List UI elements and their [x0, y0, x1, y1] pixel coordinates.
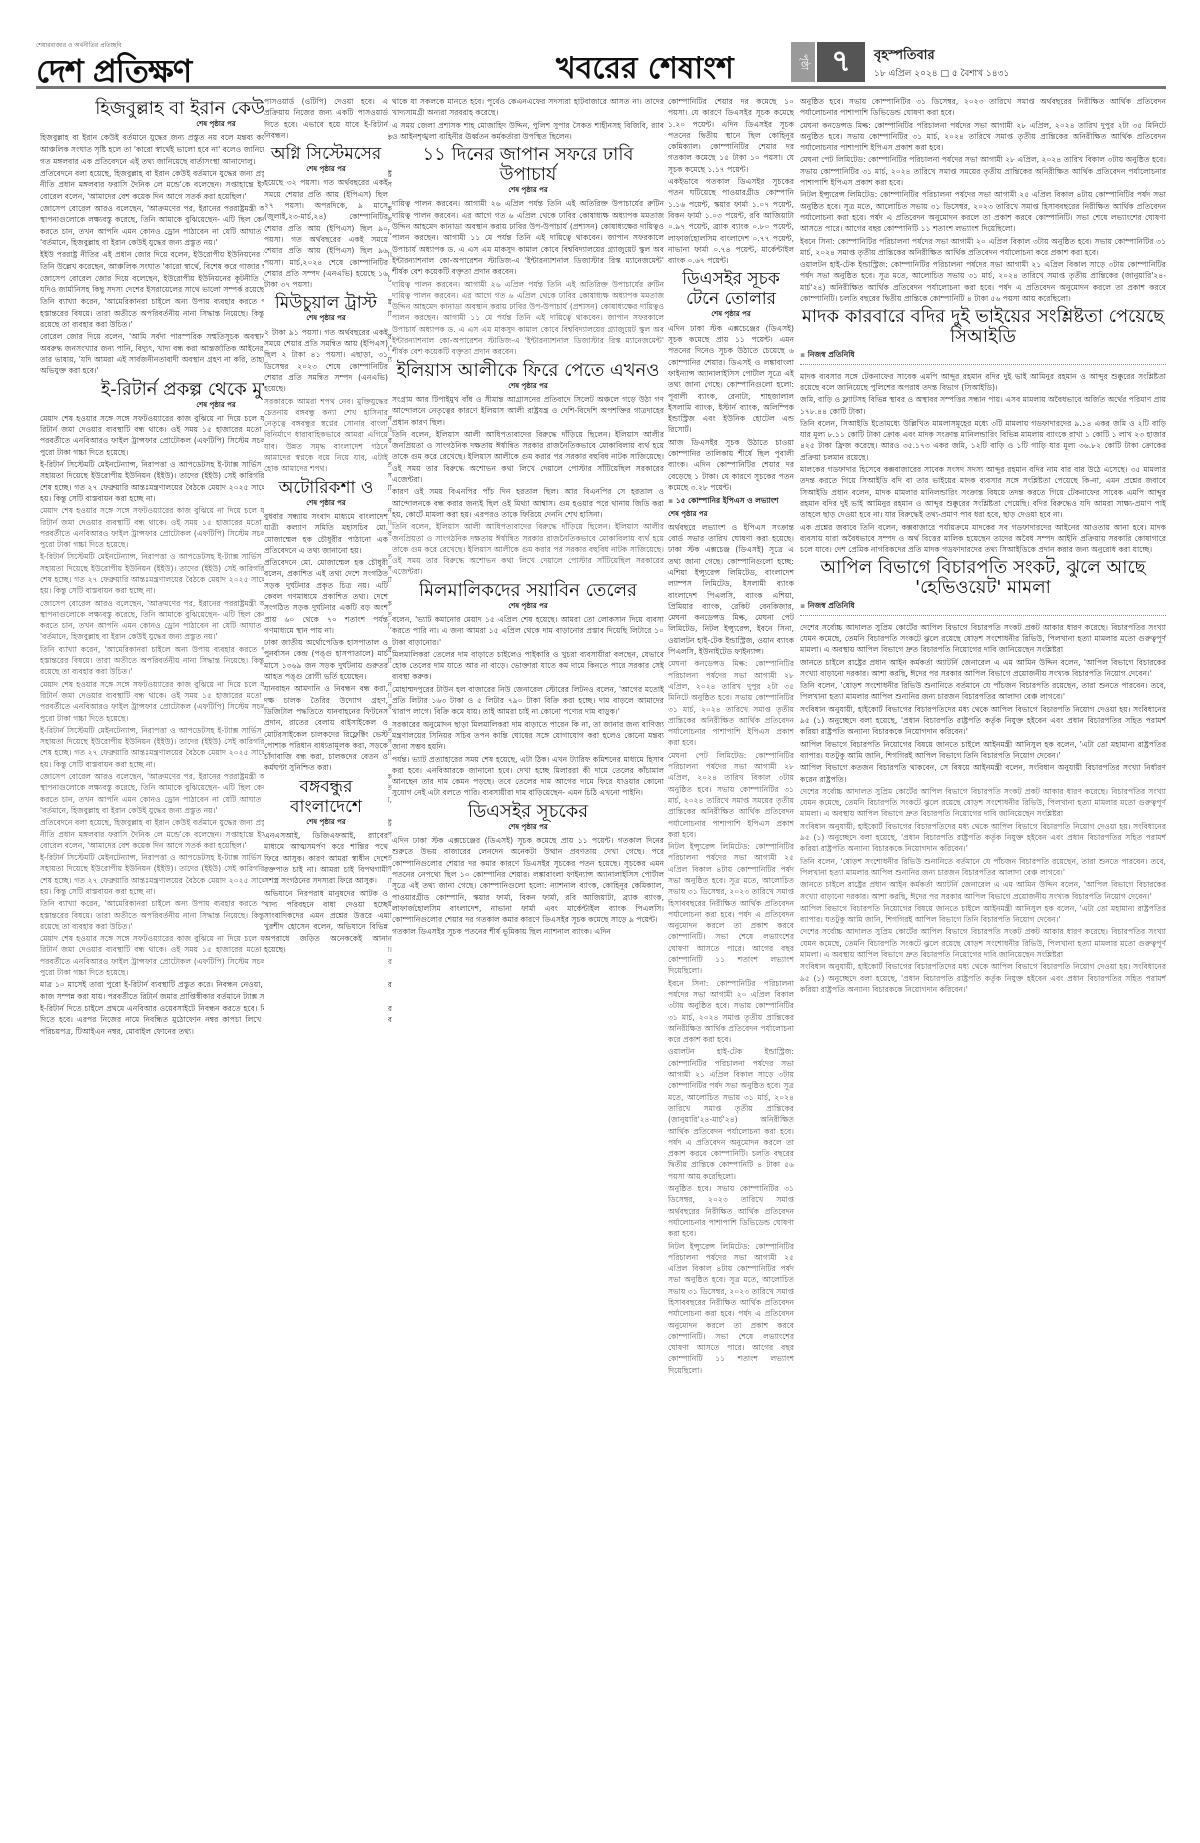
article-japan-vc: থাকে যা সকলকে মানতে হবে। পূর্বেও কেএনএফে… [392, 96, 664, 358]
paragraph: সরকারকে আমরা শপথ নেব। মুক্তিযুদ্ধের চেতন… [264, 396, 388, 475]
paragraph: দায়িত্ব পালন করবেন। আগামী ২৬ এপ্রিল পর্… [392, 279, 664, 358]
paragraph: জানতে চাইলে রাষ্ট্রের প্রধান আইন কর্মকর্… [800, 657, 1166, 680]
column-5: অনুষ্ঠিত হবে। সভায় কোম্পানিটির ৩১ ডিসেম… [800, 96, 1166, 1836]
paragraph: পাসওয়ার্ড (ওটিপি) দেওয়া হবে। এ প্রক্রি… [264, 96, 388, 141]
paragraph: এদিন ঢাকা স্টক এক্সচেঞ্জের (ডিএসই) সূচক … [668, 323, 794, 436]
paragraph: থাকে যা সকলকে মানতে হবে। পূর্বেও কেএনএফে… [392, 96, 664, 119]
article-badi-brothers: মাদক কারবারে বদির দুই ভাইয়ের সংশ্লিষ্টত… [800, 307, 1166, 555]
paragraph: সংবিধান অনুযায়ী, হাইকোর্ট বিভাগের বিচার… [800, 961, 1166, 995]
article-mill-owners: মিলমালিকদের সয়াবিন তেলের শেষ পৃষ্ঠার পর… [392, 581, 664, 799]
paragraph: সরকারের অনুমোদন ছাড়া মিলমালিকরা দাম বাড… [392, 719, 664, 753]
paragraph: ইবনে সিনা: কোম্পানিটির পরিচালনা পর্ষদের … [668, 978, 794, 1046]
continued-label: শেষ পৃষ্ঠার পর [668, 309, 794, 320]
article-15-companies: ১৫ কোম্পানির ইপিএস ও লভ্যাংশ শেষ পৃষ্ঠার… [668, 495, 794, 1376]
paragraph: মেঘনা পেট লিমিটেড: কোম্পানিটির পরিচালনা … [668, 750, 794, 840]
headline: অটোরিকশা ও [264, 478, 388, 498]
continued-label: শেষ পৃষ্ঠার পর [392, 601, 664, 612]
paragraph: বলেন, 'ভ্যাট কমানোর মেয়াদ ১৫ এপ্রিল শেষ… [392, 614, 664, 648]
column-3: থাকে যা সকলকে মানতে হবে। পূর্বেও কেএনএফে… [392, 96, 664, 1836]
paragraph: মেঘনা কনডেন্সড মিল্ক: কোম্পানিটির পরিচাল… [668, 658, 794, 748]
headline: অগ্নি সিস্টেমসের [264, 144, 388, 164]
column-2: পাসওয়ার্ড (ওটিপি) দেওয়া হবে। এ প্রক্রি… [264, 96, 388, 1836]
paragraph: সংগ্রাম আর টিপাইমুখ বাঁধ ও সীমান্ত আগ্রা… [392, 394, 664, 428]
continued-label: শেষ পৃষ্ঠার পর [392, 381, 664, 392]
paragraph: নিটল ইন্স্যুরেন্স লিমিটেড: কোম্পানিটির প… [668, 1241, 794, 1377]
paragraph: দেশের সর্বোচ্চ আদালত সুপ্রিম কোর্টের আপি… [800, 926, 1166, 960]
paragraph: প্রতিবেদনে মো. মোজাম্মেল হক চৌধুরী বলেন,… [264, 557, 388, 636]
paragraph: মালকের গডফাদার হিসেবে কক্সবাজারের সাবেক … [800, 464, 1166, 520]
paragraph: মেঘনা পেট লিমিটেড: কোম্পানিটির পরিচালনা … [800, 154, 1166, 188]
article-board-meetings: অনুষ্ঠিত হবে। সভায় কোম্পানিটির ৩১ ডিসেম… [800, 96, 1166, 304]
headline: ডিএসইর সূচকের [392, 802, 664, 822]
continued-label: শেষ পৃষ্ঠার পর [668, 509, 794, 520]
paragraph: গতকাল ডিএসইর সূচক পতনের শীর্ষ ভূমিকায় ছ… [392, 926, 664, 937]
headline: মিউচুয়াল ট্রাস্ট [264, 293, 388, 313]
paragraph: বুধবার সন্ধ্যায় সংবাদ মাধ্যমে বাংলাদেশ … [264, 511, 388, 556]
page-number: ৭ [817, 42, 865, 82]
paragraph: সংবিধান অনুযায়ী, হাইকোর্ট বিভাগের বিচার… [800, 821, 1166, 855]
article-ilias-ali: ইলিয়াস আলীকে ফিরে পেতে এখনও শেষ পৃষ্ঠার… [392, 361, 664, 578]
paragraph: আপিল বিভাগে বিচারপতি নিয়োগের বিষয়ে জান… [800, 903, 1166, 926]
paragraph: মাদক ব্যবসার সঙ্গে টেকনাফের সাবেক এমপি আ… [800, 371, 1166, 394]
paragraph: ইবনে সিনা: কোম্পানিটির পরিচালনা পর্ষদের … [800, 236, 1166, 259]
day-name: বৃহস্পতিবার [874, 46, 935, 67]
paragraph: আপিল বিভাগে বিচারপতি নিয়োগের বিষয়ে জান… [800, 739, 1166, 762]
page-label: পৃষ্ঠা [791, 42, 815, 82]
paragraph: জানতে চাইলে রাষ্ট্রের প্রধান আইন কর্মকর্… [800, 879, 1166, 902]
paragraph: এ সময় জেলা প্রশাসক শাহ মোজাহিদ উদ্দিন, … [392, 120, 664, 143]
paragraph: কোম্পানিটির শেয়ার দর কমেছে ১০ পয়সা। যে… [668, 96, 794, 175]
dotted-divider [800, 615, 1166, 616]
paragraph: ঢাকা জাতীয় অর্থোপেডিক হাসপাতাল ও পুনর্ব… [264, 637, 388, 682]
subheadline: ১৫ কোম্পানির ইপিএস ও লভ্যাংশ [668, 495, 794, 506]
paragraph: এনএসআই, ডিজিএফআই, র‍্যাবের মাধ্যমে আত্মস… [264, 830, 388, 886]
paragraph: মিলমালিকরা তেলের দাম বাড়াতে চাইলেও পাইক… [392, 649, 664, 683]
paragraph: অভিযানে নিরপরাধ মানুষদের আটক ও খাদ্য পরি… [264, 888, 388, 956]
article-mutual-trust: মিউচুয়াল ট্রাস্ট শেষ পৃষ্ঠার পর ২ টাকা … [264, 293, 388, 474]
headline: ডিএসইর সূচক টেনে তোলার [668, 269, 794, 309]
paragraph: যানবাহন আমদানি ও নিবন্ধন বন্ধ করা, দক্ষ … [264, 683, 388, 773]
paragraph: দেশের সর্বোচ্চ আদালত সুপ্রিম কোর্টের আপি… [800, 786, 1166, 820]
paragraph: দায়িত্ব পালন করবেন। আগামী ২৬ এপ্রিল পর্… [392, 198, 664, 277]
paragraph: তিনি বলেন, ইলিয়াস আলী আধিপত্যবাদের বিরু… [392, 429, 664, 485]
paragraph: তিনি বলেন, 'ষোড়শ সংশোধনীর রিভিউ শুনানিত… [800, 680, 1166, 703]
column-4: কোম্পানিটির শেয়ার দর কমেছে ১০ পয়সা। যে… [668, 96, 794, 1836]
continued-label: শেষ পৃষ্ঠার পর [392, 185, 664, 196]
headline: ইলিয়াস আলীকে ফিরে পেতে এখনও [392, 361, 664, 381]
article-dse-index: ডিএসইর সূচকের শেষ পৃষ্ঠার পর এদিন ঢাকা স… [392, 802, 664, 938]
paragraph: অর্থবছরে লভ্যাংশ ও ইপিএস সংক্রান্ত বোর্ড… [668, 522, 794, 658]
paragraph: সংবিধান অনুযায়ী, হাইকোর্ট বিভাগের বিচার… [800, 704, 1166, 738]
paragraph: কারণ ওই সময় বিএনপির পাঁচ দিন হরতাল ছিল।… [392, 486, 664, 520]
paragraph: তিনি বলেন, সিআইডি ইতোমধ্যে উল্লিখিত মামল… [800, 418, 1166, 463]
headline: ১১ দিনের জাপান সফরে ঢাবি উপাচার্য [392, 145, 664, 185]
article-bangabandhu: বঙ্গবন্ধুর বাংলাদেশে শেষ পৃষ্ঠার পর এনএস… [264, 777, 388, 956]
paragraph: পর্যন্ত। ভ্যাট প্রত্যাহারের সময় শেষ হয়… [392, 754, 664, 799]
paragraph: ওয়ালটন হাই-টেক ইন্ডাস্ট্রিজ: কোম্পানিটি… [668, 1046, 794, 1182]
continued-label: শেষ পৃষ্ঠার পর [392, 822, 664, 833]
paragraph: দেশের সর্বোচ্চ আদালত সুপ্রিম কোর্টের আপি… [800, 622, 1166, 656]
date-line: ১৮ এপ্রিল ২০২৪ □ ৫ বৈশাখ ১৪৩১ [874, 66, 1009, 81]
byline: নিজস্ব প্রতিনিধি [800, 349, 1166, 360]
paragraph: আজ ডিএসইর সূচক উঠাতে চাওয়া কোম্পানির তা… [668, 437, 794, 493]
article-appellate-division: আপিল বিভাগে বিচারপতি সংকট, ঝুলে আছে 'হেভ… [800, 558, 1166, 995]
headline: বঙ্গবন্ধুর বাংলাদেশে [264, 777, 388, 817]
paragraph: তিনি বলেন, ইলিয়াস আলী আধিপত্যবাদের বিরু… [392, 521, 664, 577]
article-autorickshaw: অটোরিকশা ও শেষ পৃষ্ঠার পর বুধবার সন্ধ্যা… [264, 478, 388, 774]
paragraph: একইভাবে গতকাল ডিএসইর সূচকের পতন ঘটিয়েছে… [668, 176, 794, 266]
continued-label: শেষ পৃষ্ঠার পর [264, 164, 388, 175]
paragraph: নিটল ইন্স্যুরেন্স লিমিটেড: কোম্পানিটির প… [668, 841, 794, 977]
article-agni-systems: পাসওয়ার্ড (ওটিপি) দেওয়া হবে। এ প্রক্রি… [264, 96, 388, 290]
paragraph: ২ টাকা ৯১ পয়সা। গত অর্থবছরের একই সময়ে … [264, 327, 388, 395]
byline: নিজস্ব প্রতিনিধি [800, 600, 1166, 611]
continued-label: শেষ পৃষ্ঠার পর [264, 313, 388, 324]
paragraph: মেঘনা কনডেন্সড মিল্ক: কোম্পানিটির পরিচাল… [800, 120, 1166, 154]
paragraph: অনুষ্ঠিত হবে। সভায় কোম্পানিটির ৩১ ডিসেম… [668, 1183, 794, 1239]
continued-label: শেষ পৃষ্ঠার পর [264, 498, 388, 509]
paragraph: অনুষ্ঠিত হবে। সভায় কোম্পানিটির ৩১ ডিসেম… [800, 96, 1166, 119]
paragraph: জমি, বাড়ি ও ফ্ল্যাটসহ বিভিন্ন স্থাবর ও … [800, 394, 1166, 417]
paragraph: হয়েছে ৩২ পয়সা। গত অর্থবছরের একই সময়ে … [264, 177, 388, 290]
dotted-divider [800, 364, 1166, 365]
headline: মাদক কারবারে বদির দুই ভাইয়ের সংশ্লিষ্টত… [800, 307, 1166, 347]
newspaper-logo: দেশ প্রতিক্ষণ [36, 46, 191, 100]
headline: আপিল বিভাগে বিচারপতি সংকট, ঝুলে আছে 'হেভ… [800, 558, 1166, 598]
paragraph: এক প্রশ্নের জবাবে তিনি বলেন, কক্সবাজারে … [800, 522, 1166, 556]
headline: মিলমালিকদের সয়াবিন তেলের [392, 581, 664, 601]
paragraph: মোহাম্মদপুরের টাউন হল বাজারের নিউ জেনারে… [392, 684, 664, 718]
paragraph: তিনি বলেন, 'ষোড়শ সংশোধনীর রিভিউ শুনানিত… [800, 856, 1166, 879]
continued-label: শেষ পৃষ্ঠার পর [264, 817, 388, 828]
masthead: শেয়ারবাজার ও অর্থনীতির প্রতিচ্ছবি দেশ প… [36, 40, 1166, 88]
masthead-divider [36, 86, 1166, 89]
paragraph: আপিল বিভাগে কতজন বিচারপতি থাকবেন, সে বিষ… [800, 762, 1166, 785]
paragraph: নিটল ইন্স্যুরেন্স লিমিটেড: কোম্পানিটির প… [800, 189, 1166, 234]
paragraph: এদিন ঢাকা স্টক এক্সচেঞ্জের (ডিএসই) সূচক … [392, 835, 664, 925]
paragraph: ওয়ালটন হাই-টেক ইন্ডাস্ট্রিজ: কোম্পানিটি… [800, 259, 1166, 304]
article-dse-lift: কোম্পানিটির শেয়ার দর কমেছে ১০ পয়সা। যে… [668, 96, 794, 493]
